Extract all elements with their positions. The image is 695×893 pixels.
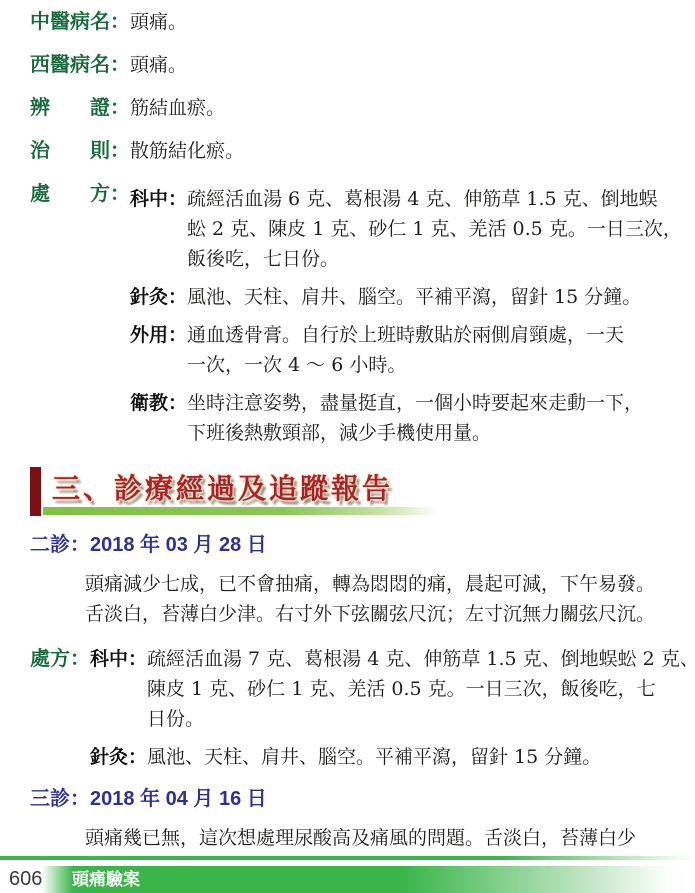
visit-2-note-line: 頭痛減少七成，已不會抽痛，轉為悶悶的痛，晨起可減，下午易發。 (85, 569, 665, 599)
visit-3: 三診：2018 年 04 月 16 日 頭痛幾已無，這次想處理尿酸高及痛風的問題… (30, 788, 665, 853)
chapter-title: 頭痛驗案 (72, 870, 140, 889)
field-wm-disease-name: 西醫病名： 頭痛。 (30, 55, 665, 76)
page-number: 606 (9, 869, 42, 890)
field-label-syndrome: 辨 證： (30, 98, 130, 119)
rx-sublabel-herbs: 科中： (90, 644, 147, 674)
rx-sublabel-acupuncture: 針灸： (90, 742, 147, 772)
field-value-wm: 頭痛。 (130, 55, 187, 76)
visit-3-note-line: 頭痛幾已無，這次想處理尿酸高及痛風的問題。舌淡白，苔薄白少 (85, 823, 665, 853)
prescription-items: 科中： 疏經活血湯 6 克、葛根湯 4 克、伸筋草 1.5 克、倒地蜈 蚣 2 … (130, 184, 682, 448)
visit-2-herbs-line: 疏經活血湯 7 克、葛根湯 4 克、伸筋草 1.5 克、倒地蜈蚣 2 克、 (147, 644, 695, 674)
field-label-prescription: 處 方： (30, 184, 130, 205)
maroon-accent-bar (30, 467, 41, 516)
rx-sublabel-external: 外用： (130, 320, 187, 350)
visit-2-note: 頭痛減少七成，已不會抽痛，轉為悶悶的痛，晨起可減，下午易發。 舌淡白，苔薄白少津… (85, 569, 665, 629)
rx-item-education: 衛教： 坐時注意姿勢，盡量挺直，一個小時要起來走動一下， 下班後熱敷頸部，減少手… (130, 388, 682, 448)
rx-item-external: 外用： 通血透骨膏。自行於上班時敷貼於兩側肩頸處，一天 一次，一次 4 ～ 6 … (130, 320, 682, 380)
field-label-cm: 中醫病名： (30, 12, 130, 33)
visit-2-herbs-line: 陳皮 1 克、砂仁 1 克、羌活 0.5 克。一日三次，飯後吃，七 (147, 674, 695, 704)
footer-thin-green-line (0, 856, 695, 860)
field-label-principle: 治 則： (30, 141, 130, 162)
visit-2-heading: 二診：2018 年 03 月 28 日 (30, 534, 665, 556)
rx-education-line: 坐時注意姿勢，盡量挺直，一個小時要起來走動一下， (187, 388, 643, 418)
field-value-cm: 頭痛。 (130, 12, 187, 33)
section-title: 三、診療經過及追蹤報告 (52, 467, 393, 507)
rx-item-herbs: 科中： 疏經活血湯 6 克、葛根湯 4 克、伸筋草 1.5 克、倒地蜈 蚣 2 … (130, 184, 682, 274)
visit-2-rx-label: 處方： (30, 644, 90, 674)
field-label-wm: 西醫病名： (30, 55, 130, 76)
visit-2-acupuncture-line: 風池、天柱、肩井、腦空。平補平瀉，留針 15 分鐘。 (147, 742, 601, 772)
visit-2: 二診：2018 年 03 月 28 日 頭痛減少七成，已不會抽痛，轉為悶悶的痛，… (30, 534, 665, 772)
prescription-block: 處 方： 科中： 疏經活血湯 6 克、葛根湯 4 克、伸筋草 1.5 克、倒地蜈… (30, 184, 665, 448)
page-content: 中醫病名： 頭痛。 西醫病名： 頭痛。 辨 證： 筋結血瘀。 治 則： 散筋結化… (0, 0, 695, 853)
visit-3-note: 頭痛幾已無，這次想處理尿酸高及痛風的問題。舌淡白，苔薄白少 (85, 823, 665, 853)
field-value-principle: 散筋結化瘀。 (130, 141, 244, 162)
rx-acupuncture-line: 風池、天柱、肩井、腦空。平補平瀉，留針 15 分鐘。 (187, 282, 641, 312)
rx-item-acupuncture: 針灸： 風池、天柱、肩井、腦空。平補平瀉，留針 15 分鐘。 (130, 282, 682, 312)
field-syndrome: 辨 證： 筋結血瘀。 (30, 98, 665, 119)
section-header-banner: 三、診療經過及追蹤報告 (30, 466, 665, 518)
rx-external-line: 通血透骨膏。自行於上班時敷貼於兩側肩頸處，一天 (187, 320, 624, 350)
rx-herbs-line: 蚣 2 克、陳皮 1 克、砂仁 1 克、羌活 0.5 克。一日三次， (187, 214, 682, 244)
rx-sublabel-herbs: 科中： (130, 184, 187, 214)
visit-2-herbs-line: 日份。 (147, 704, 695, 734)
rx-sublabel-acupuncture: 針灸： (130, 282, 187, 312)
field-principle: 治 則： 散筋結化瘀。 (30, 141, 665, 162)
green-underline-bar (43, 507, 683, 515)
visit-2-note-line: 舌淡白，苔薄白少津。右寸外下弦關弦尺沉；左寸沉無力關弦尺沉。 (85, 599, 665, 629)
rx-herbs-line: 疏經活血湯 6 克、葛根湯 4 克、伸筋草 1.5 克、倒地蜈 (187, 184, 682, 214)
rx-external-line: 一次，一次 4 ～ 6 小時。 (187, 350, 624, 380)
visit-2-rx-item-herbs: 科中： 疏經活血湯 7 克、葛根湯 4 克、伸筋草 1.5 克、倒地蜈蚣 2 克… (90, 644, 695, 734)
visit-2-prescription: 處方： 科中： 疏經活血湯 7 克、葛根湯 4 克、伸筋草 1.5 克、倒地蜈蚣… (30, 644, 665, 772)
field-value-syndrome: 筋結血瘀。 (130, 98, 225, 119)
rx-herbs-line: 飯後吃，七日份。 (187, 244, 682, 274)
book-page: { "record": { "cm": {"label": "中醫病名：", "… (0, 0, 695, 893)
rx-sublabel-education: 衛教： (130, 388, 187, 418)
visit-3-heading: 三診：2018 年 04 月 16 日 (30, 788, 665, 810)
footer-bar: 606 頭痛驗案 (0, 866, 695, 893)
rx-education-line: 下班後熱敷頸部，減少手機使用量。 (187, 418, 643, 448)
visit-2-rx-item-acupuncture: 針灸： 風池、天柱、肩井、腦空。平補平瀉，留針 15 分鐘。 (90, 742, 695, 772)
field-cm-disease-name: 中醫病名： 頭痛。 (30, 12, 665, 33)
